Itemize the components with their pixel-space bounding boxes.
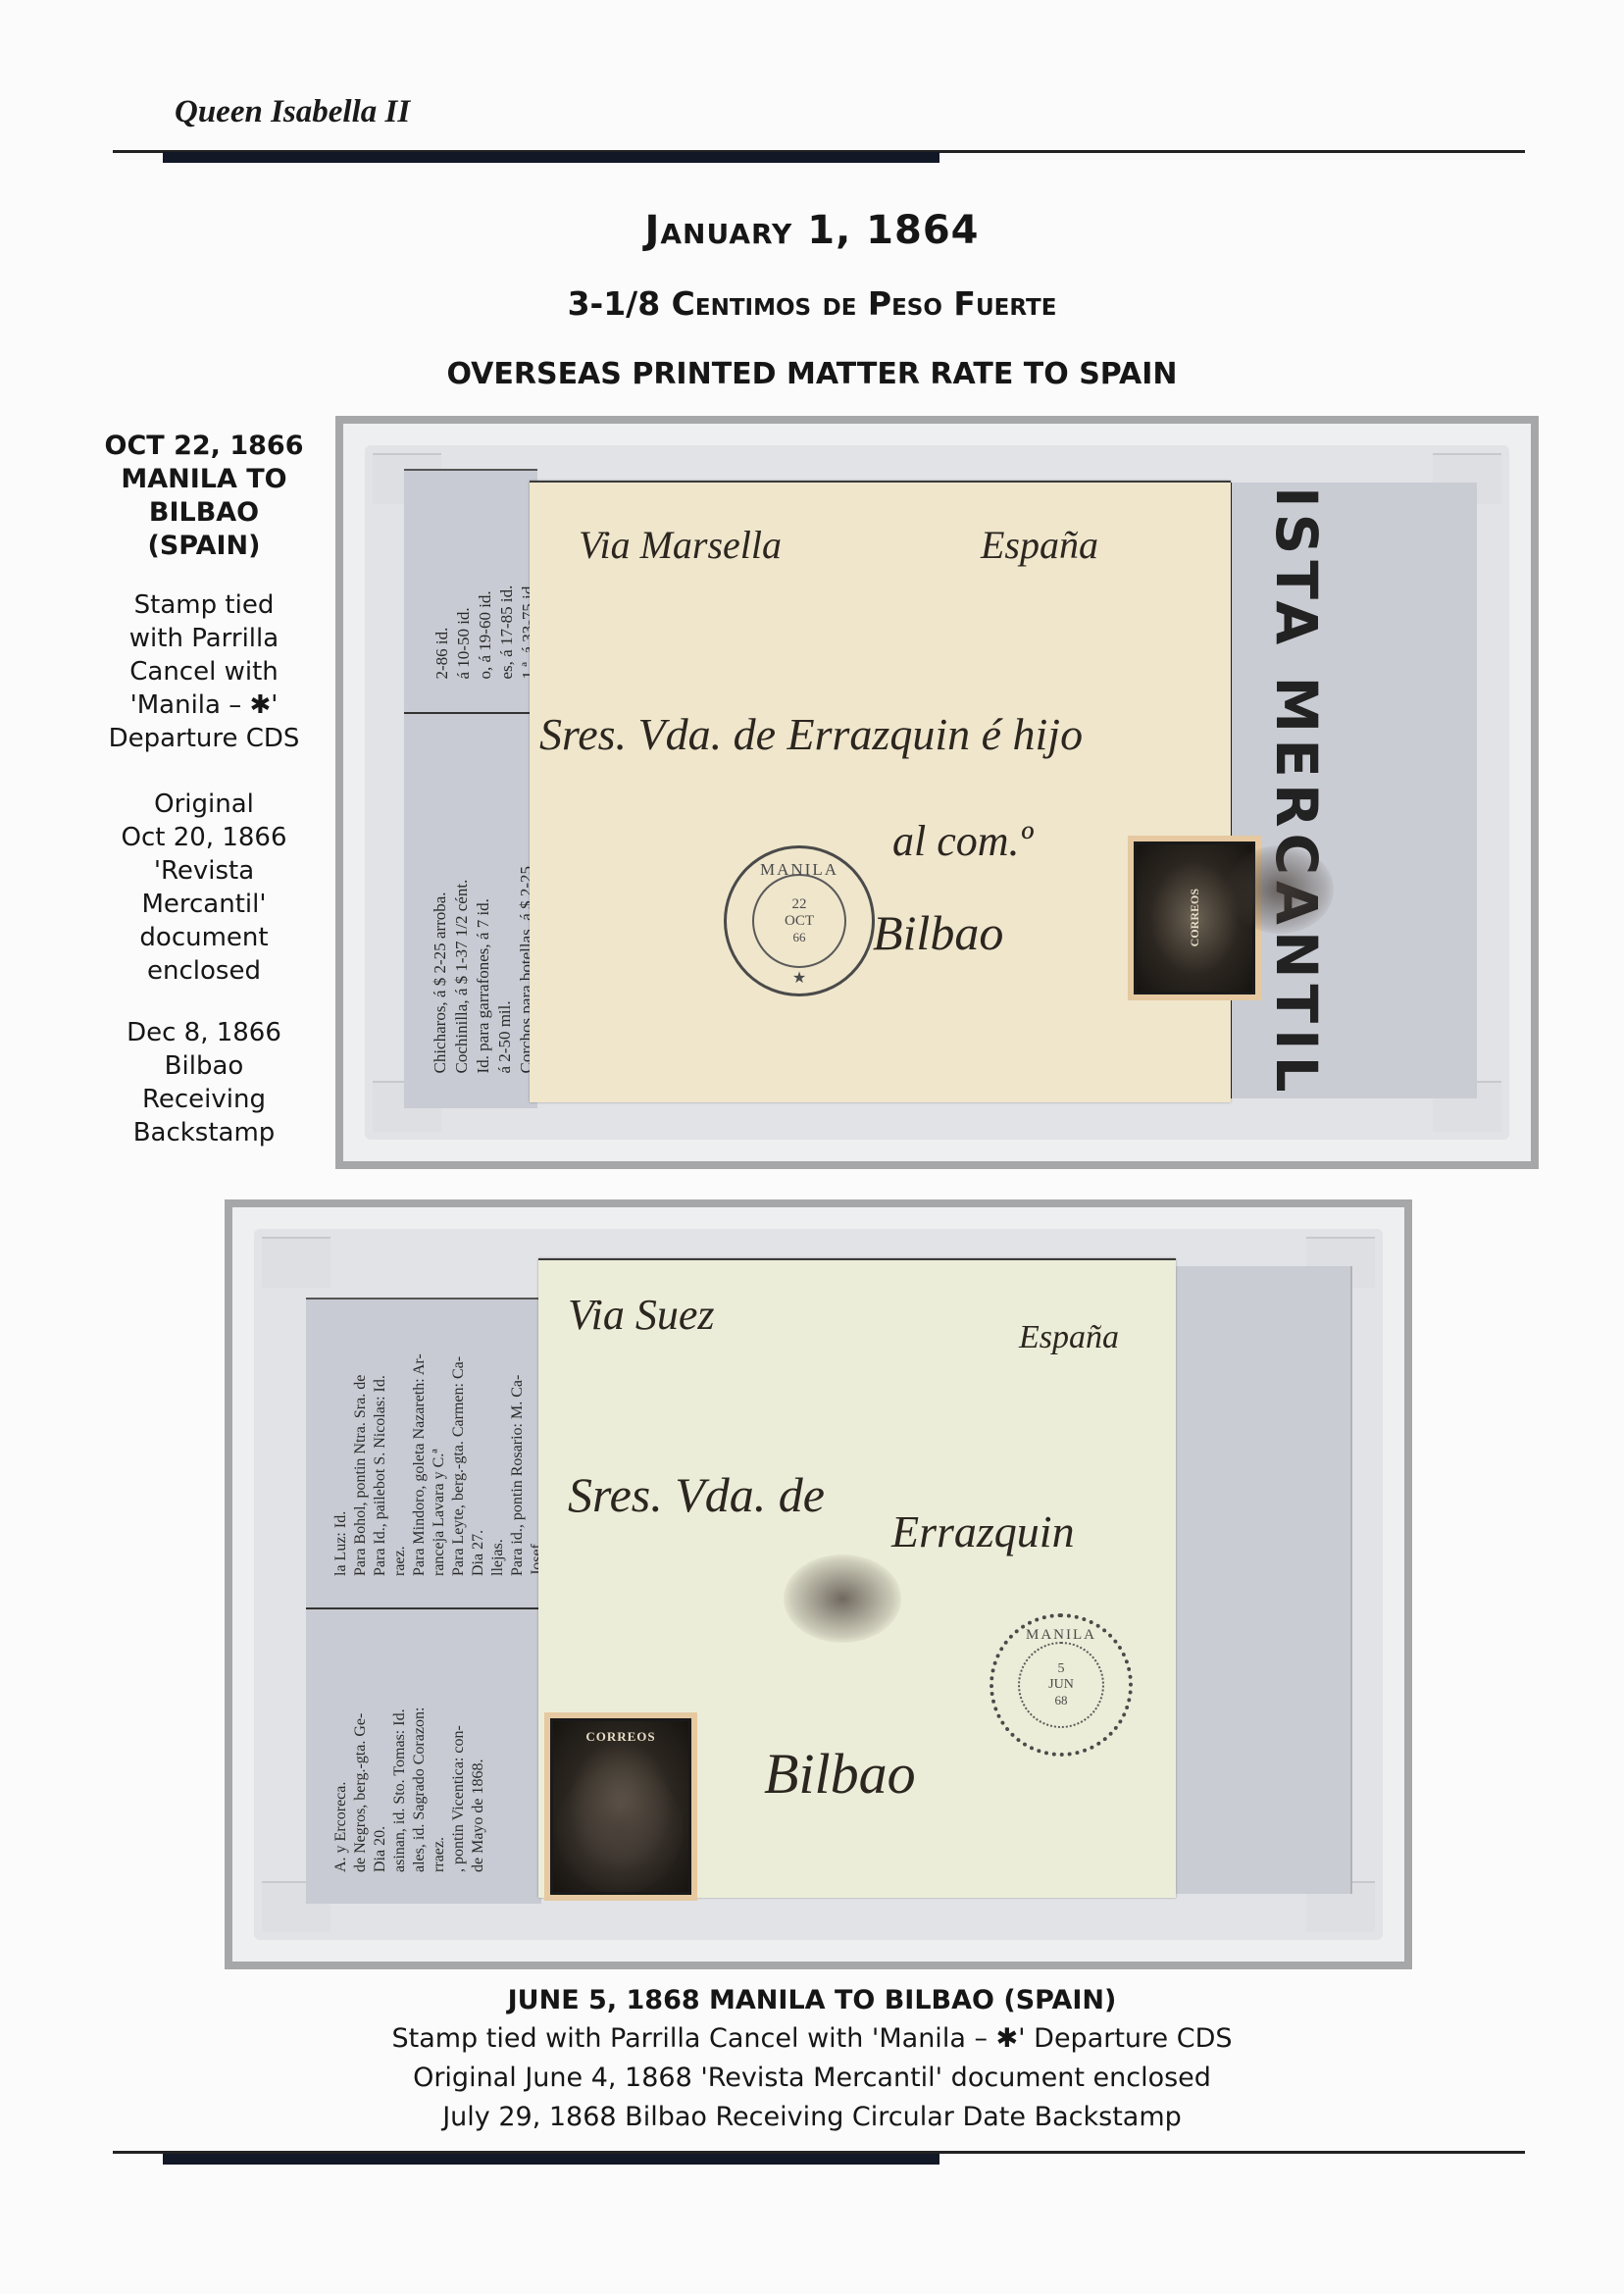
caption-line: Cancel with (86, 655, 322, 688)
ink-smudge (784, 1555, 901, 1643)
caption-line: Backstamp (86, 1116, 322, 1149)
caption-line: Stamp tied (86, 588, 322, 622)
cover1-country-handwriting: España (981, 522, 1098, 568)
cover1-caption-original: Original Oct 20, 1866 'Revista Mercantil… (86, 788, 322, 988)
cover2-addressee-handwriting: Errazquin (891, 1505, 1075, 1557)
page-title-rate: OVERSEAS PRINTED MATTER RATE TO SPAIN (0, 357, 1624, 391)
cover1-newsprint-panel: 2-86 id. á 10-50 id. o, á 19-60 id. es, … (404, 469, 537, 1108)
cover1-frame: 2-86 id. á 10-50 id. o, á 19-60 id. es, … (335, 416, 1539, 1169)
cover1-newsprint-bottom: Chicharos, á $ 2-25 arroba. Cochinilla, … (408, 720, 537, 1098)
cover1-newsprint-top: 2-86 id. á 10-50 id. o, á 19-60 id. es, … (410, 479, 537, 704)
newsprint-divider (306, 1607, 541, 1609)
cover2-city-handwriting: Bilbao (764, 1741, 916, 1807)
cover1-city-handwriting: Bilbao (873, 904, 1003, 961)
newsprint-divider (404, 712, 537, 714)
caption-line: document (86, 921, 322, 954)
cover2-newsprint-top: la Luz: Id. Para Bohol, pontin Ntra. Sra… (312, 1305, 541, 1600)
cover1-manila-postmark: MANILA 22 OCT 66 ★ (724, 845, 875, 996)
cover1-addressee-handwriting: Sres. Vda. de Errazquin é hijo (539, 708, 1083, 760)
cover1-caption-heading: OCT 22, 1866 MANILA TO BILBAO (SPAIN) (86, 430, 322, 563)
caption-line: Original (86, 788, 322, 821)
mount-corner (262, 1237, 330, 1288)
page-title-date: January 1, 1864 (0, 208, 1624, 253)
cover2-caption-line: Stamp tied with Parrilla Cancel with 'Ma… (0, 2023, 1624, 2054)
cover1-caption-backstamp: Dec 8, 1866 Bilbao Receiving Backstamp (86, 1016, 322, 1149)
cover1-caption-cancel: Stamp tied with Parrilla Cancel with 'Ma… (86, 588, 322, 755)
cover2-newsprint-panel: la Luz: Id. Para Bohol, pontin Ntra. Sra… (306, 1298, 541, 1904)
caption-line: with Parrilla (86, 622, 322, 655)
caption-line: Oct 20, 1866 (86, 821, 322, 854)
caption-line: 'Manila – ✱' (86, 688, 322, 722)
page-title-denomination: 3-1/8 Centimos de Peso Fuerte (0, 284, 1624, 323)
caption-line: MANILA TO (86, 463, 322, 496)
cover2-parrilla-cancel (556, 1766, 684, 1894)
cover2-manila-postmark: MANILA 5 JUN 68 (990, 1613, 1133, 1757)
header-rule-thick (163, 152, 939, 163)
caption-line: OCT 22, 1866 (86, 430, 322, 463)
caption-line: Departure CDS (86, 722, 322, 755)
cover1-parrilla-cancel (1226, 845, 1334, 934)
cover1-envelope: Via Marsella España Sres. Vda. de Errazq… (530, 481, 1231, 1102)
cover1-care-of-handwriting: al com.º (892, 816, 1033, 866)
caption-line: (SPAIN) (86, 530, 322, 563)
cover2-frame: la Luz: Id. Para Bohol, pontin Ntra. Sra… (225, 1199, 1412, 1969)
cover2-route-handwriting: Via Suez (568, 1290, 715, 1340)
caption-line: Mercantil' (86, 888, 322, 921)
banner-title: ISTA MERCANTIL (1263, 486, 1330, 1098)
cover2-newsprint-bottom: A. y Ercoreca. de Negros, berg.-gta. Ge-… (312, 1615, 508, 1896)
caption-line: BILBAO (86, 496, 322, 530)
caption-line: Dec 8, 1866 (86, 1016, 322, 1049)
caption-line: 'Revista (86, 854, 322, 888)
cover2-caption-heading: JUNE 5, 1868 MANILA TO BILBAO (SPAIN) (0, 1985, 1624, 2015)
caption-line: Bilbao (86, 1049, 322, 1083)
footer-rule-thick (163, 2154, 939, 2165)
caption-line: Receiving (86, 1083, 322, 1116)
cover1-route-handwriting: Via Marsella (579, 522, 782, 568)
album-page-header-title: Queen Isabella II (175, 94, 410, 130)
cover2-caption-line: July 29, 1868 Bilbao Receiving Circular … (0, 2102, 1624, 2132)
cover2-caption-line: Original June 4, 1868 'Revista Mercantil… (0, 2063, 1624, 2093)
caption-line: enclosed (86, 954, 322, 988)
cover2-salutation-handwriting: Sres. Vda. de (568, 1466, 825, 1523)
cover2-back-sheet (1174, 1266, 1352, 1894)
cover1-revista-banner: ISTA MERCANTIL (1226, 483, 1477, 1098)
cover2-country-handwriting: España (1019, 1319, 1119, 1356)
